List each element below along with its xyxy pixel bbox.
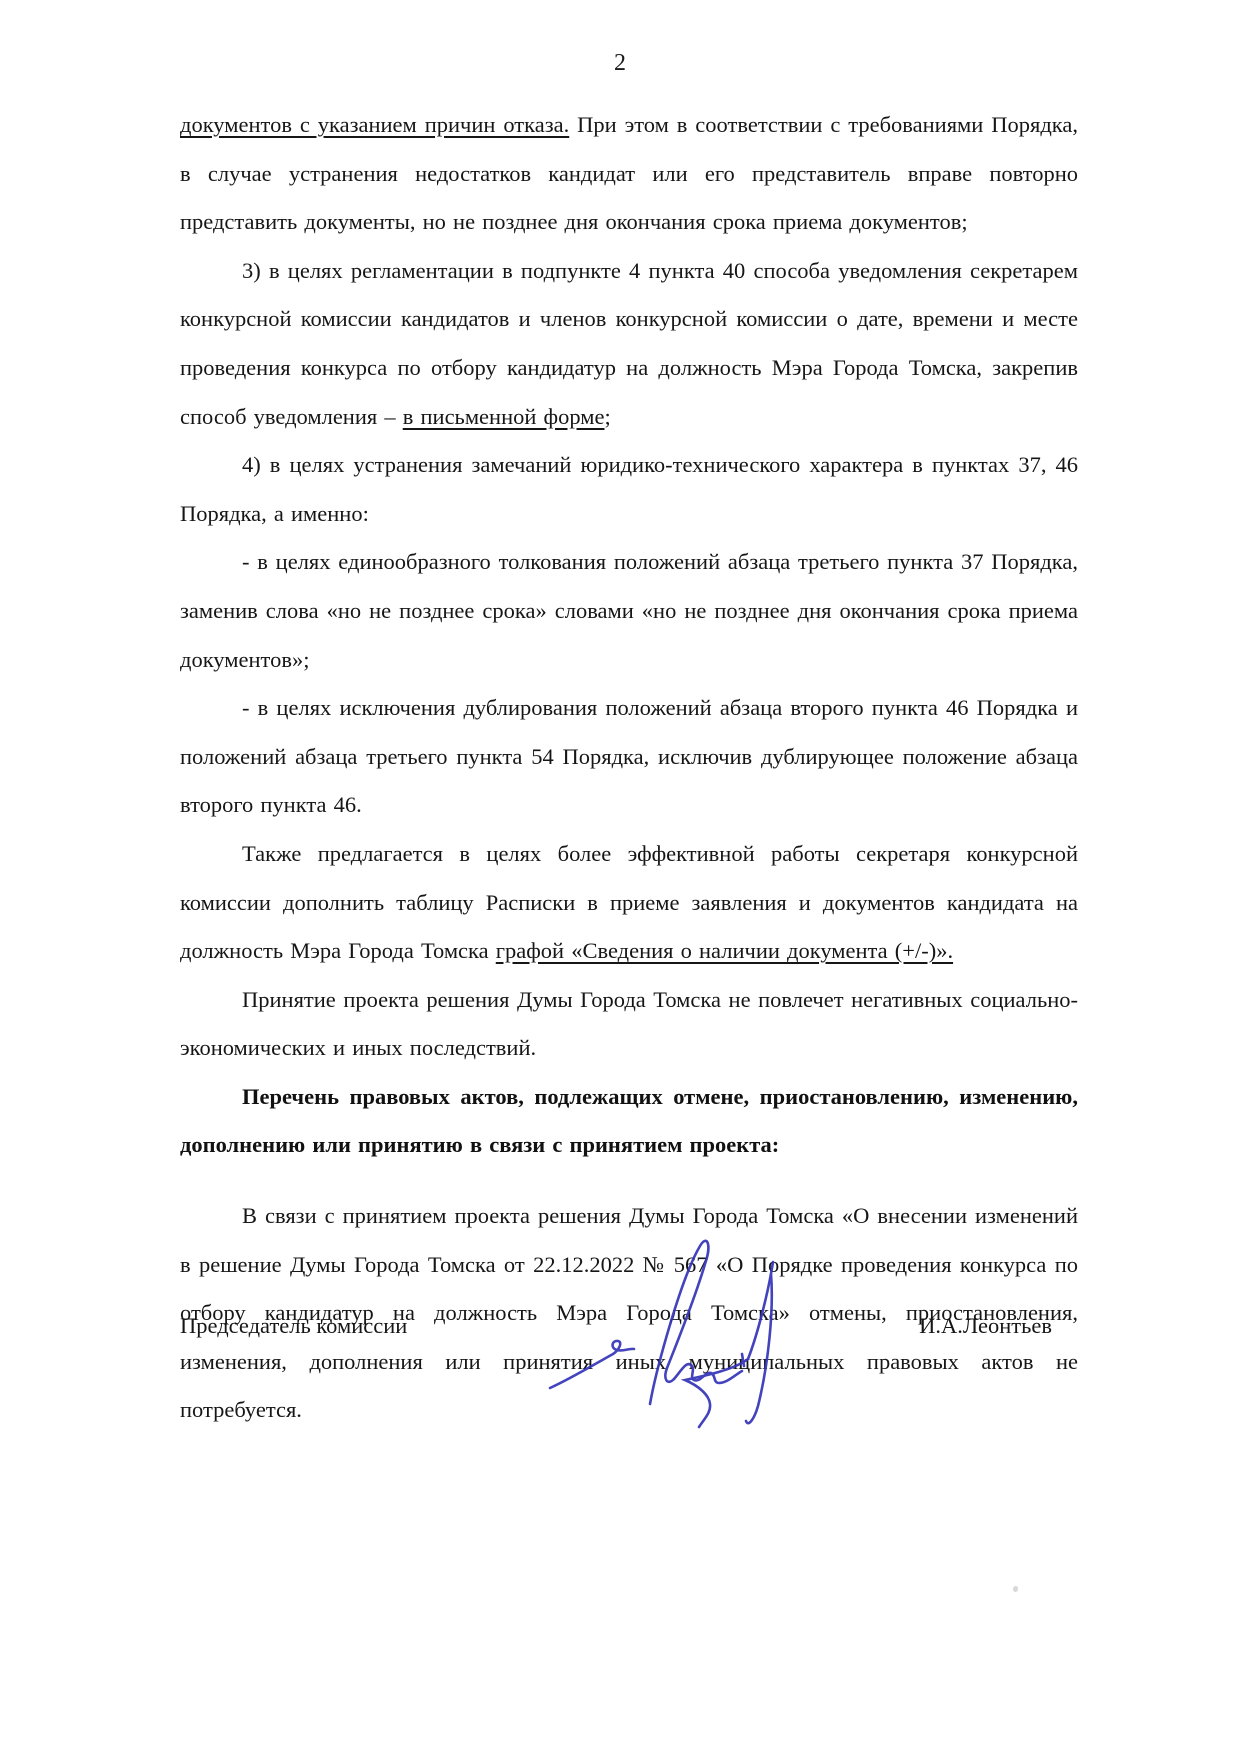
paragraph: - в целях единообразного толкования поло…: [180, 538, 1078, 684]
signature-block: Председатель комиссии И.А.Леонтьев: [180, 1313, 1078, 1339]
text-segment: Перечень правовых актов, подлежащих отме…: [180, 1084, 1078, 1158]
page-number: 2: [0, 50, 1240, 77]
underlined-text: документов с указанием причин отказа.: [180, 112, 569, 137]
paragraph: Принятие проекта решения Думы Города Том…: [180, 976, 1078, 1073]
text-segment: 3) в целях регламентации в подпункте 4 п…: [180, 258, 1078, 429]
text-segment: ;: [605, 404, 611, 429]
signature-role-label: Председатель комиссии: [180, 1313, 407, 1339]
signature-person-name: И.А.Леонтьев: [919, 1313, 1078, 1339]
text-segment: Принятие проекта решения Думы Города Том…: [180, 987, 1078, 1061]
paragraph: Также предлагается в целях более эффекти…: [180, 830, 1078, 976]
paragraph: 4) в целях устранения замечаний юридико-…: [180, 441, 1078, 538]
paragraph: Перечень правовых актов, подлежащих отме…: [180, 1073, 1078, 1170]
document-page: 2 документов с указанием причин отказа. …: [0, 0, 1240, 1753]
text-segment: 4) в целях устранения замечаний юридико-…: [180, 452, 1078, 526]
paragraph: - в целях исключения дублирования положе…: [180, 684, 1078, 830]
underlined-text: графой «Сведения о наличии документа (+/…: [496, 938, 953, 963]
paragraph: документов с указанием причин отказа. Пр…: [180, 101, 1078, 247]
text-segment: - в целях единообразного толкования поло…: [180, 549, 1078, 671]
text-segment: - в целях исключения дублирования положе…: [180, 695, 1078, 817]
document-body: документов с указанием причин отказа. Пр…: [180, 101, 1078, 1435]
scan-artifact: [1013, 1586, 1018, 1592]
underlined-text: в письменной форме: [403, 404, 605, 429]
paragraph: 3) в целях регламентации в подпункте 4 п…: [180, 247, 1078, 441]
